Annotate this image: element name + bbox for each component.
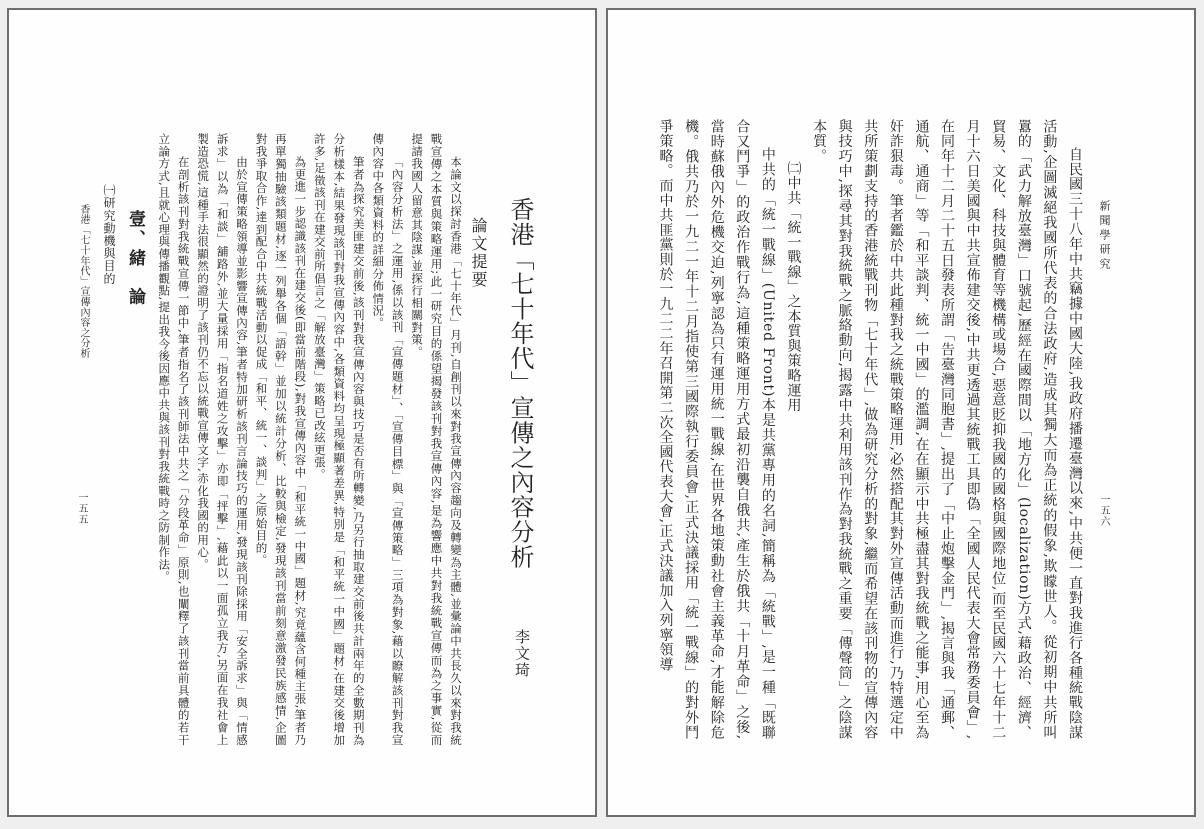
article-title: 香港「七十年代」宣傳之內容分析 [505,197,535,587]
abstract-heading: 論文提要 [466,217,490,307]
paragraph: 筆者為探究美匪建交前後,該刊對我宣傳內容與技巧是否有所轉變,乃另行抽取建交前後共… [309,133,367,746]
paragraph: 在剖析該刊對我統戰宣傳一節中,筆者指名了該刊師法中共之「分段革命」原則,也闡釋了… [154,133,193,746]
paragraph: 自民國三十八年中共竊據中國大陸,我政府播遷臺灣以來,中共便一直對我進行各種統戰陰… [805,119,1087,740]
author-name: 李文琦 [511,629,533,699]
scanned-page-left: 香港「七十年代」宣傳之內容分析 論文提要 李文琦 本論文以探討香港「七十年代」月… [7,8,597,817]
body-text: 自民國三十八年中共竊據中國大陸,我政府播遷臺灣以來,中共便一直對我進行各種統戰陰… [649,119,1087,740]
paragraph: 由於宣傳策略領導並影響宣傳內容,筆者特加研析該刊言論技巧的運用,發現該刊除採用「… [193,133,251,746]
section-heading: 壹、緒 論 [124,210,146,330]
scanned-page-right: 新聞學研究 一五六 自民國三十八年中共竊據中國大陸,我政府播遷臺灣以來,中共便一… [606,8,1196,817]
section-heading: ㈡中共「統一戰線」之本質與策略運用 [780,119,806,740]
subsection-heading: ㈠研究動機與目的 [101,184,117,314]
paragraph: 「內容分析法」之運用,係以該刊「宣傳題材」、「宣傳目標」與「宣傳策略」三項為對象… [368,133,407,746]
document-viewer: 香港「七十年代」宣傳之內容分析 論文提要 李文琦 本論文以探討香港「七十年代」月… [0,0,1204,829]
paragraph: 本論文以探討香港「七十年代」月刊,自創刊以來對我宣傳內容趨向及轉變為主體,並彙論… [407,133,465,746]
abstract-text: 本論文以探討香港「七十年代」月刊,自創刊以來對我宣傳內容趨向及轉變為主體,並彙論… [149,133,465,746]
paragraph: 為更進一步認識該刊在建交後(即當前階段),對我宣傳內容中「和平統一中國」題材,究… [251,133,309,746]
running-header: 新聞學研究 [1097,200,1112,290]
page-number-right: 一五六 [1096,494,1110,536]
page-number-left: 一五五 [74,492,88,532]
paragraph: 中共的「統一戰線」(United Front)本是共黨專用的名詞,簡稱為「統戰」… [652,119,780,740]
running-title: 香港「七十年代」宣傳內容之分析 [76,204,90,374]
